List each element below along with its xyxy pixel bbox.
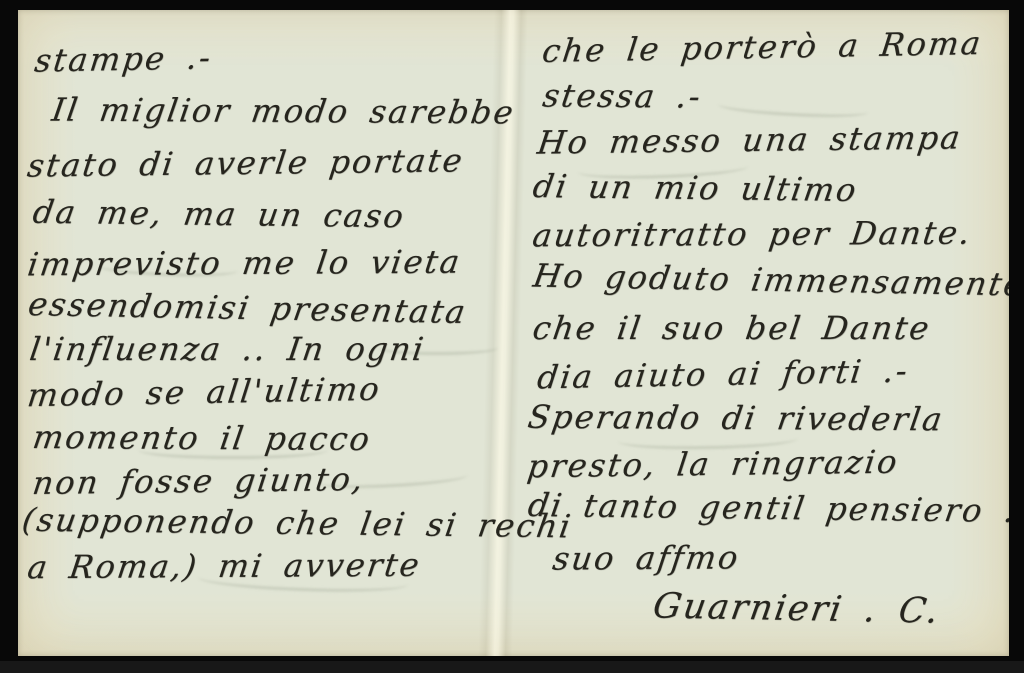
handwriting-line: Ho goduto immensamente: [531, 256, 1009, 303]
scanned-letter-view: stampe .-Il miglior modo sarebbestato di…: [0, 0, 1024, 673]
handwriting-line: dia aiuto ai forti .-: [535, 352, 911, 397]
handwriting-line: suo affmo: [550, 538, 742, 577]
handwriting-line: Sperando di rivederla: [525, 398, 946, 439]
letter-page-right: che le porterò a Romastessa .-Ho messo u…: [18, 10, 1009, 656]
handwriting-line: presto, la ringrazio: [525, 443, 901, 486]
scanner-bed-edge: [0, 661, 1024, 673]
handwriting-line: che le porterò a Roma: [540, 24, 984, 70]
handwriting-line: autoritratto per Dante.: [530, 214, 974, 255]
handwriting-line: di un mio ultimo: [530, 167, 860, 209]
handwriting-line: che il suo bel Dante: [530, 309, 933, 347]
letter-paper: stampe .-Il miglior modo sarebbestato di…: [18, 10, 1009, 656]
handwriting-line: Ho messo una stampa: [535, 118, 964, 161]
handwriting-line: Guarnieri . C.: [650, 586, 943, 631]
handwriting-line: di tanto gentil pensiero .-: [526, 486, 1009, 530]
handwriting-line: stessa .-: [540, 77, 705, 116]
